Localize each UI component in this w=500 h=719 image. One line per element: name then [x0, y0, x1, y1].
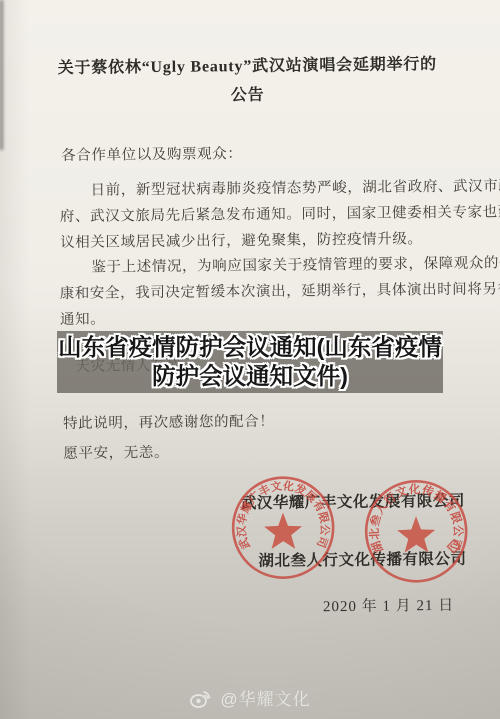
paragraph2-line1: 鉴于上述情况，为响应国家关于疫情管理的要求，保障观众的健: [91, 251, 500, 276]
notice-title-line1: 关于蔡依林“Ugly Beauty”武汉站演唱会延期举行的: [0, 50, 497, 78]
paragraph2-line2: 康和安全，我司决定暂缓本次演出，延期举行，具体演出时间将另行: [60, 277, 500, 303]
paragraph1-line1: 日前，新型冠状病毒肺炎疫情态势严峻，湖北省政府、武汉市政: [90, 174, 500, 199]
notice-date: 2020 年 1 月 21 日: [323, 594, 454, 616]
company-seal-left-icon: 武汉华耀广丰文化发展有限公司: [228, 472, 339, 583]
watermark: @华耀文化: [0, 685, 500, 710]
paragraph1-line3: 议相关区域居民减少出行，避免聚集，防控疫情升级。: [60, 227, 423, 252]
overlay-caption-banner: 山东省疫情防护会议通知(山东省疫情 防护会议通知文件): [57, 331, 443, 393]
paragraph2-line3: 通知。: [60, 308, 106, 329]
watermark-label: @华耀文化: [220, 685, 310, 710]
overlay-caption-line2: 防护会议通知文件): [152, 362, 348, 391]
notice-title-line2: 公告: [0, 79, 498, 107]
document-photo: 关于蔡依林“Ugly Beauty”武汉站演唱会延期举行的 公告 各合作单位以及…: [0, 0, 500, 719]
paragraph1-line2: 府、武汉文旅局先后紧急发布通知。同时，国家卫健委相关专家也建: [60, 200, 500, 226]
weibo-icon: [189, 687, 213, 709]
closing-line1: 特此说明，再次感谢您的配合！: [63, 410, 275, 433]
photo-edge-shadow: [0, 0, 3, 150]
closing-line2: 愿平安，无恙。: [63, 441, 169, 463]
company-seal-right-icon: 湖北叁人行文化传播有限公司: [361, 476, 472, 587]
salutation: 各合作单位以及购票观众：: [61, 142, 242, 165]
overlay-caption-line1: 山东省疫情防护会议通知(山东省疫情: [58, 333, 442, 362]
